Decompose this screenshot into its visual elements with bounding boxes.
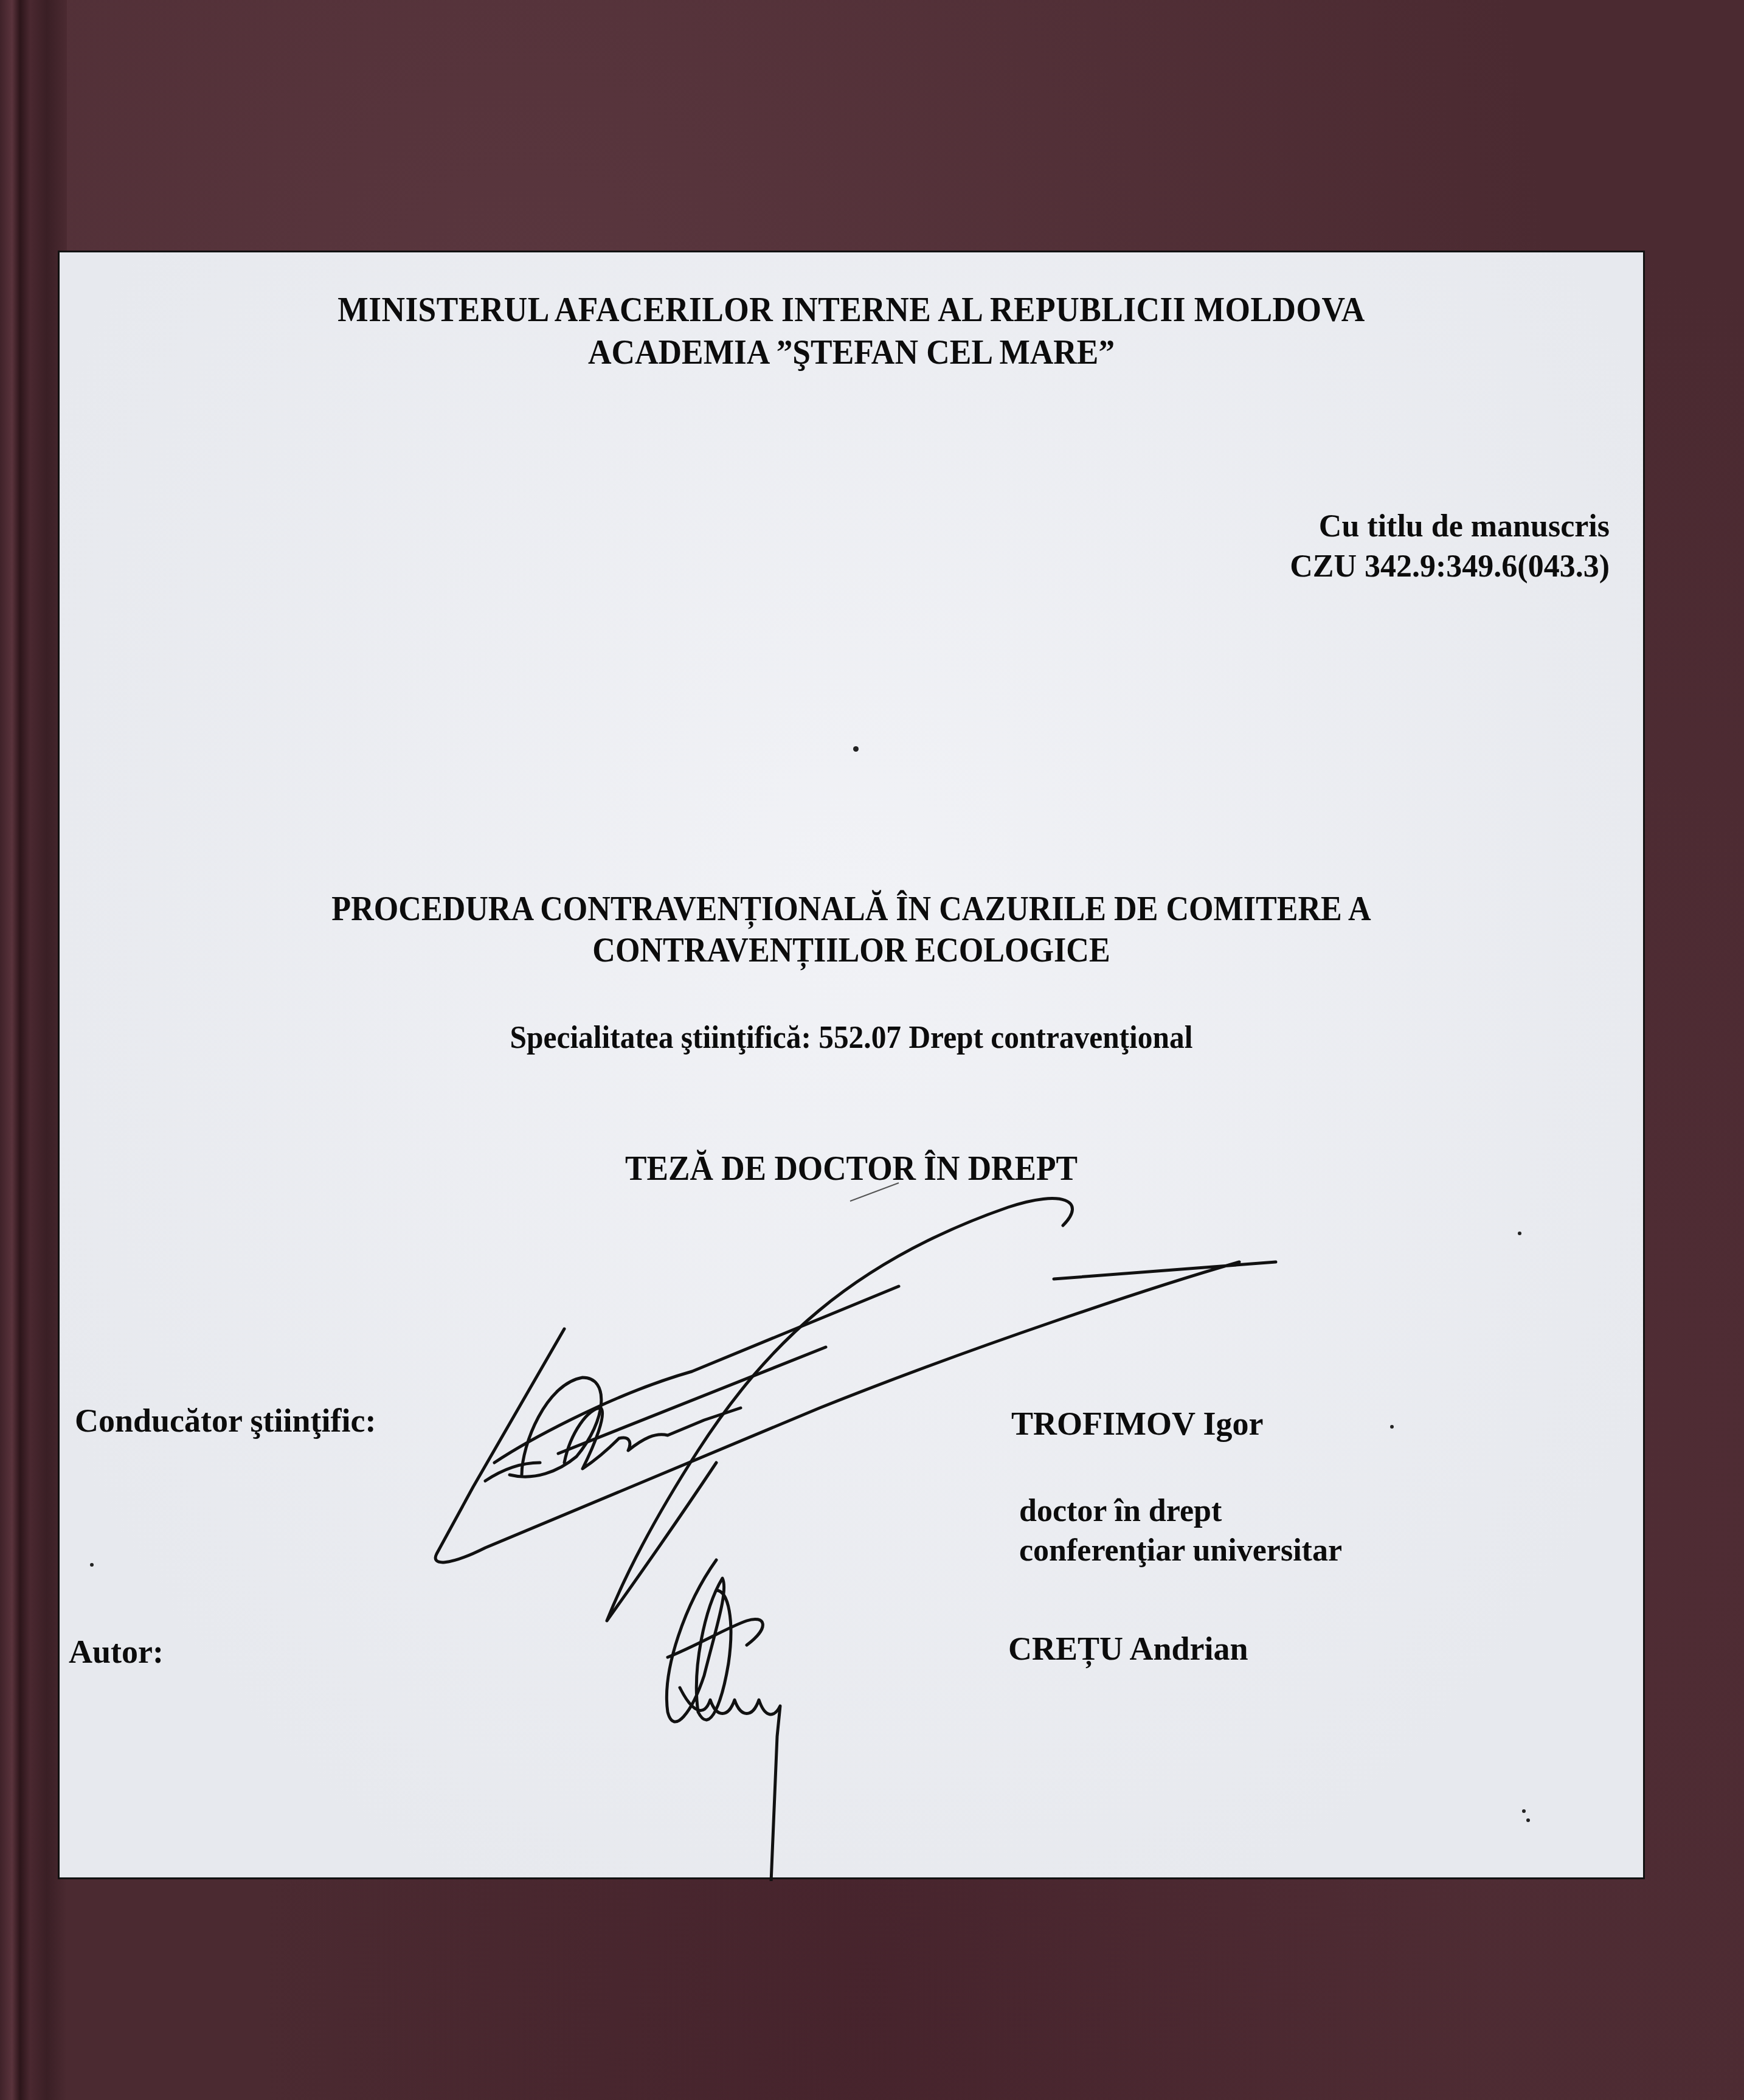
author-signature (666, 1560, 730, 1722)
manuscript-block: Cu titlu de manuscris CZU 342.9:349.6(04… (1290, 507, 1610, 587)
thesis-title-line-2: CONTRAVENȚIILOR ECOLOGICE (115, 931, 1588, 970)
ministry-heading: MINISTERUL AFACERILOR INTERNE AL REPUBLI… (123, 289, 1580, 330)
ink-dot (1518, 1232, 1521, 1235)
ink-dot (853, 746, 859, 752)
ink-dot (90, 1563, 94, 1567)
supervisor-name: TROFIMOV Igor (1011, 1405, 1264, 1443)
supervisor-title: conferenţiar universitar (1019, 1533, 1342, 1568)
specialty-line: Specialitatea ştiinţifică: 552.07 Drept … (99, 1020, 1604, 1056)
ink-dot (1390, 1425, 1394, 1429)
ink-dot (1526, 1818, 1530, 1822)
signatures (60, 252, 1647, 1881)
udc-code: CZU 342.9:349.6(043.3) (1290, 547, 1610, 587)
ink-dot (1522, 1809, 1526, 1813)
academy-heading: ACADEMIA ”ŞTEFAN CEL MARE” (123, 331, 1580, 372)
manuscript-note: Cu titlu de manuscris (1290, 507, 1610, 547)
supervisor-degree: doctor în drept (1019, 1493, 1222, 1529)
title-page: MINISTERUL AFACERILOR INTERNE AL REPUBLI… (58, 251, 1645, 1879)
supervisor-label: Conducător ştiinţific: (75, 1402, 376, 1440)
author-label: Autor: (69, 1633, 164, 1671)
book-spine (0, 0, 67, 2100)
author-name: CREȚU Andrian (1008, 1630, 1248, 1668)
thesis-type: TEZĂ DE DOCTOR ÎN DREPT (99, 1149, 1604, 1188)
thesis-title-line-1: PROCEDURA CONTRAVENȚIONALĂ ÎN CAZURILE D… (115, 890, 1588, 929)
